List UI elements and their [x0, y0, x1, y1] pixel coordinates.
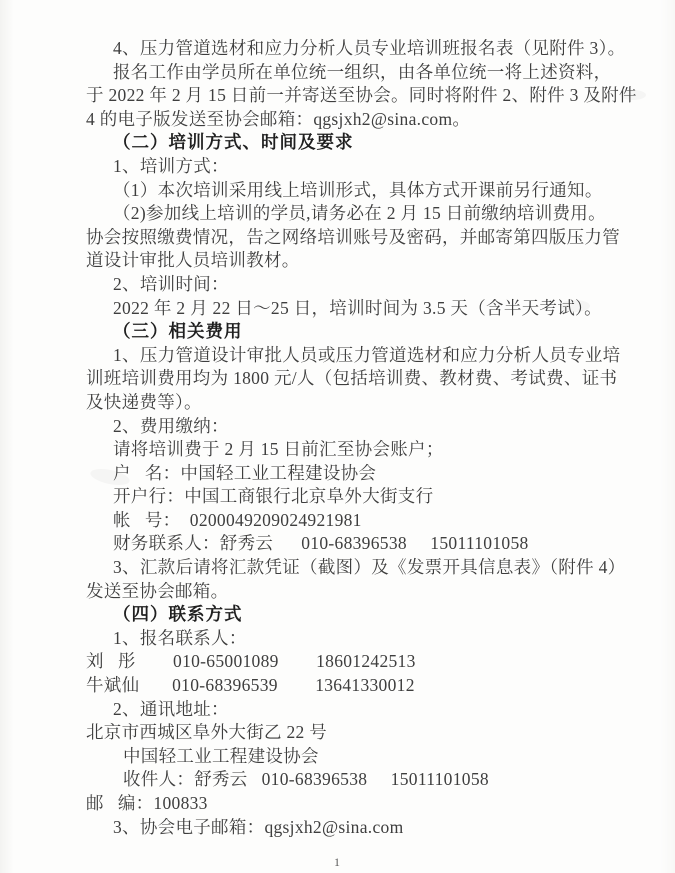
text-line: 4、压力管道选材和应力分析人员专业培训班报名表（见附件 3）。 — [86, 37, 601, 61]
text-line: 牛斌仙 010-68396539 13641330012 — [86, 674, 601, 698]
text-line: 帐 号： 0200049209024921981 — [86, 509, 601, 533]
text-line: 1、培训方式： — [86, 155, 601, 179]
text-line: 2、费用缴纳： — [86, 415, 601, 439]
text-line: 发送至协会邮箱。 — [86, 580, 601, 604]
text-line: 3、汇款后请将汇款凭证（截图）及《发票开具信息表》（附件 4） — [86, 556, 601, 580]
text-line: 中国轻工业工程建设协会 — [86, 745, 601, 769]
document-page: 4、压力管道选材和应力分析人员专业培训班报名表（见附件 3）。报名工作由学员所在… — [0, 0, 675, 873]
text-line: 训班培训费用均为 1800 元/人（包括培训费、教材费、考试费、证书 — [86, 367, 601, 391]
text-line: 北京市西城区阜外大街乙 22 号 — [86, 721, 601, 745]
text-line: 1、报名联系人： — [86, 627, 601, 651]
document-body: 4、压力管道选材和应力分析人员专业培训班报名表（见附件 3）。报名工作由学员所在… — [86, 37, 601, 839]
text-line: 开户行：中国工商银行北京阜外大街支行 — [86, 485, 601, 509]
text-line: （2)参加线上培训的学员,请务必在 2 月 15 日前缴纳培训费用。 — [86, 202, 601, 226]
text-line: 2022 年 2 月 22 日～25 日，培训时间为 3.5 天（含半天考试）。 — [86, 297, 601, 321]
text-line: 于 2022 年 2 月 15 日前一并寄送至协会。同时将附件 2、附件 3 及… — [86, 84, 601, 108]
text-line: 4 的电子版发送至协会邮箱：qgsjxh2@sina.com。 — [86, 108, 601, 132]
section-heading: （三）相关费用 — [86, 320, 601, 344]
text-line: （1）本次培训采用线上培训形式，具体方式开课前另行通知。 — [86, 179, 601, 203]
text-line: 刘 彤 010-65001089 18601242513 — [86, 650, 601, 674]
text-line: 协会按照缴费情况，告之网络培训账号及密码，并邮寄第四版压力管 — [86, 226, 601, 250]
text-line: 请将培训费于 2 月 15 日前汇至协会账户； — [86, 438, 601, 462]
text-line: 及快递费等）。 — [86, 391, 601, 415]
text-line: 收件人：舒秀云 010-68396538 15011101058 — [86, 768, 601, 792]
text-line: 报名工作由学员所在单位统一组织，由各单位统一将上述资料， — [86, 61, 601, 85]
text-line: 户 名：中国轻工业工程建设协会 — [86, 462, 601, 486]
text-line: 邮 编：100833 — [86, 792, 601, 816]
text-line: 道设计审批人员培训教材。 — [86, 249, 601, 273]
section-heading: （四）联系方式 — [86, 603, 601, 627]
text-line: 财务联系人：舒秀云 010-68396538 15011101058 — [86, 532, 601, 556]
section-heading: （二）培训方式、时间及要求 — [86, 131, 601, 155]
text-line: 2、培训时间： — [86, 273, 601, 297]
text-line: 2、通讯地址： — [86, 698, 601, 722]
text-line: 1、压力管道设计审批人员或压力管道选材和应力分析人员专业培 — [86, 344, 601, 368]
page-number: 1 — [334, 856, 340, 868]
text-line: 3、协会电子邮箱：qgsjxh2@sina.com — [86, 816, 601, 840]
